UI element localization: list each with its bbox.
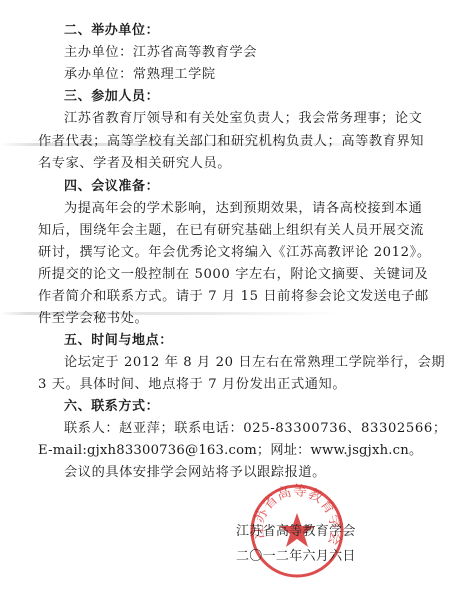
signature-date: 二〇一二年六月六日 bbox=[236, 545, 356, 564]
contact-email-website: E-mail:gjxh83300736@163.com；网址：www.jsgjx… bbox=[38, 442, 422, 460]
host-organizer: 主办单位：江苏省高等教育学会 bbox=[64, 44, 257, 62]
contact-note: 会议的具体安排学会网站将予以跟踪报道。 bbox=[64, 464, 326, 482]
participants-line: 名专家、学者及相关研究人员。 bbox=[38, 155, 231, 173]
preparation-line: 知后，围绕年会主题，在已有研究基础上组织有关人员开展交流 bbox=[38, 222, 424, 240]
preparation-line: 研讨，撰写论文。年会优秀论文将编入《江苏高教评论 2012》。 bbox=[38, 244, 431, 262]
document-page: 二、举办单位： 主办单位：江苏省高等教育学会 承办单位：常熟理工学院 三、参加人… bbox=[0, 0, 463, 599]
participants-line: 作者代表；高等学校有关部门和研究机构负责人；高等教育界知 bbox=[38, 133, 424, 151]
signature-organization: 江苏省高等教育学会 bbox=[236, 520, 356, 539]
co-host-organizer: 承办单位：常熟理工学院 bbox=[64, 66, 216, 84]
preparation-line: 件至学会秘书处。 bbox=[38, 310, 148, 328]
section-heading-time-place: 五、时间与地点： bbox=[64, 332, 173, 350]
section-heading-organizers: 二、举办单位： bbox=[64, 22, 159, 40]
section-heading-preparation: 四、会议准备： bbox=[64, 178, 159, 196]
time-place-line: 论坛定于 2012 年 8 月 20 日左右在常熟理工学院举行，会期 bbox=[64, 354, 445, 372]
preparation-line: 作者简介和联系方式。请于 7 月 15 日前将参会论文发送电子邮 bbox=[38, 288, 429, 306]
section-heading-contact: 六、联系方式： bbox=[64, 398, 159, 416]
contact-person-phone: 联系人：赵亚萍；联系电话：025-83300736、83302566； bbox=[64, 420, 447, 438]
section-heading-participants: 三、参加人员： bbox=[64, 88, 159, 106]
participants-line: 江苏省教育厅领导和有关处室负责人；我会常务理事；论文 bbox=[64, 110, 422, 128]
time-place-line: 3 天。具体时间、地点将于 7 月份发出正式通知。 bbox=[38, 376, 346, 394]
preparation-line: 所提交的论文一般控制在 5000 字左右，附论文摘要、关键词及 bbox=[38, 266, 428, 284]
preparation-line: 为提高年会的学术影响，达到预期效果，请各高校接到本通 bbox=[64, 200, 422, 218]
